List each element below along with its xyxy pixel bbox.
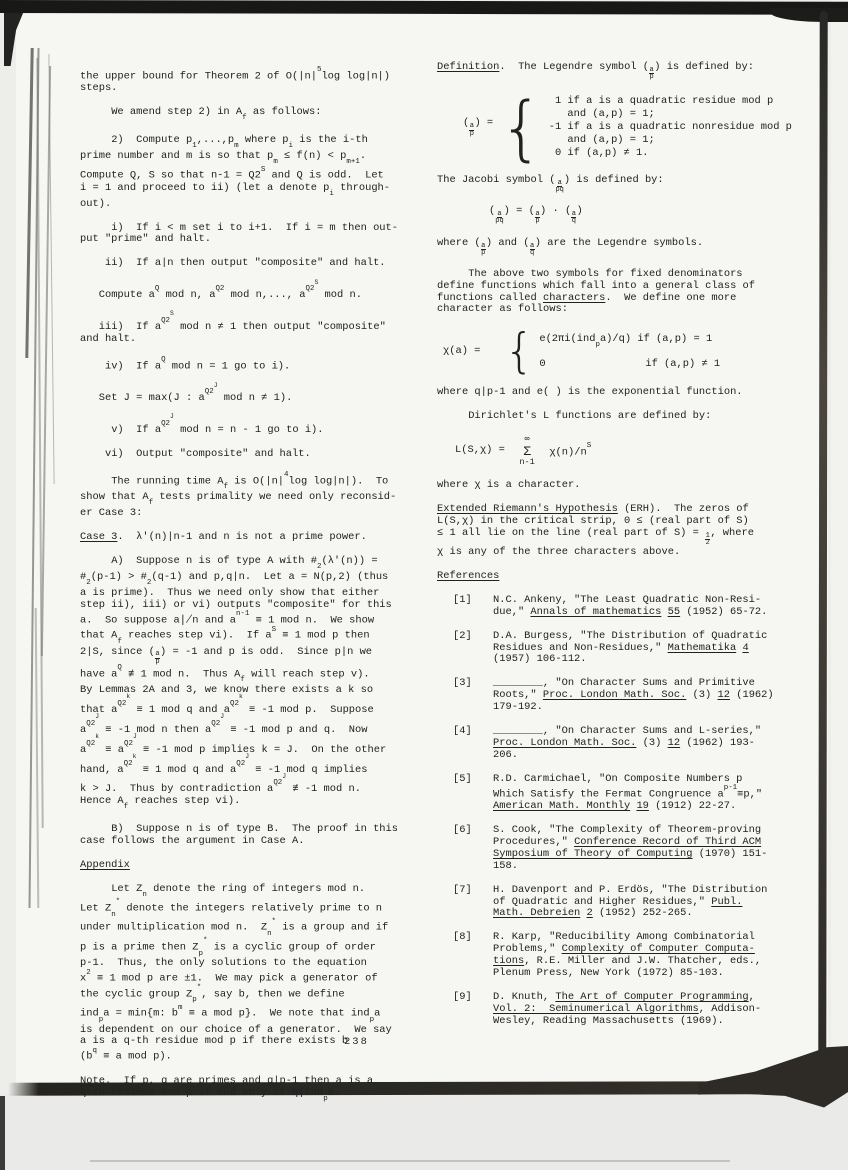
page-edge-right [818,11,827,1063]
stacked-fraction: ap [155,651,160,665]
stacked-fraction: aq [571,211,576,225]
para-amend: We amend step 2) in Af as follows: [80,107,436,123]
characters-paragraph: The above two symbols for fixed denomina… [437,269,809,317]
jacobi-intro: The Jacobi symbol (apq) is defined by: [437,175,809,194]
cases-lhs: χ(a) = [443,346,480,358]
cases-lhs: (ap) = [463,118,493,137]
legendre-symbols-note: where (ap) and (aq) are the Legendre sym… [437,238,809,257]
case-3-part-a: A) Suppose n is of type A with #2(λ'(n))… [80,556,436,812]
reference-label: [5] [453,774,493,813]
definition-heading: Definition. The Legendre symbol (ap) is … [437,62,809,81]
reference-label: [4] [453,726,493,762]
step-iv: iv) If aQ mod n = 1 go to i). [80,358,436,373]
note-paragraph: Note. If p, q are primes and q|p-1 then … [80,1076,436,1104]
case-line: 0 if (a,p) ≠ 1 [539,354,720,375]
reference-label: [7] [453,885,493,921]
character-note: where χ is a character. [437,480,809,492]
reference-text: D. Knuth, The Art of Computer Programmin… [493,992,761,1028]
jacobi-formula: (apq) = (ap) · (aq) [437,206,809,225]
dirichlet-intro: Dirichlet's L functions are defined by: [437,411,809,423]
sum-body: χ(n)/nS [537,444,591,459]
ref-9: [9]D. Knuth, The Art of Computer Program… [437,992,809,1028]
scan-top-bar [0,0,848,15]
stacked-fraction: ap [649,67,654,81]
ref-5: [5]R.D. Carmichael, "On Composite Number… [437,774,809,813]
case-line: and (a,p) = 1; [549,134,792,147]
stacked-fraction: apq [555,180,563,194]
set-j-line: Set J = max(J : aQ2J mod n ≠ 1). [80,385,436,405]
scan-bottom-left-edge [0,1096,5,1170]
step-iii: iii) If aQ2S mod n ≠ 1 then output "comp… [80,314,436,346]
ref-1: [1]N.C. Ankeny, "The Least Quadratic Non… [437,595,809,619]
case-3-heading: Case 3. λ'(n)|n-1 and n is not a prime p… [80,532,436,544]
right-column: Definition. The Legendre symbol (ap) is … [437,62,809,1040]
left-column: the upper bound for Theorem 2 of O(|n|5l… [80,68,436,1116]
scan-bottom-faint-line [90,1160,730,1162]
brace-icon: { [499,93,544,163]
case-line: -1 if a is a quadratic nonresidue mod p [549,121,792,134]
l-function-formula: L(S,χ) = ∞Σn-1 χ(n)/nS [437,435,809,467]
para-running-time: The running time Af is O(|n|4log log|n|)… [80,473,436,520]
references-heading: References [437,571,809,583]
page-number: 238 [344,1036,369,1048]
appendix-heading: Appendix [80,860,436,872]
reference-label: [1] [453,595,493,619]
stacked-fraction: apq [495,211,503,225]
stacked-fraction: aq [530,243,535,257]
step-2: 2) Compute p1,...,pm where pi is the i-t… [80,135,436,210]
step-i: i) If i < m set i to i+1. If i = m then … [80,223,436,247]
case-3-part-b: B) Suppose n is of type B. The proof in … [80,824,436,848]
reference-text: H. Davenport and P. Erdös, "The Distribu… [493,885,767,921]
stacked-fraction: 12 [705,533,710,547]
para-upper-bound: the upper bound for Theorem 2 of O(|n|5l… [80,68,436,95]
step-vi: vi) Output "composite" and halt. [80,449,436,461]
binding-marks [26,48,64,928]
reference-text: R. Karp, "Reducibility Among Combinatori… [493,932,761,980]
brace-icon: { [504,328,534,375]
stacked-fraction: ap [469,123,474,137]
appendix-body: Let Zn denote the ring of integers mod n… [80,884,436,1064]
ref-3: [3]________, "On Character Sums and Prim… [437,678,809,714]
reference-text: ________, "On Character Sums and Primiti… [493,678,774,714]
ref-2: [2]D.A. Burgess, "The Distribution of Qu… [437,631,809,667]
ref-6: [6]S. Cook, "The Complexity of Theorem-p… [437,825,809,873]
reference-label: [9] [453,992,493,1028]
sum-lhs: L(S,χ) = [455,445,517,457]
reference-label: [8] [453,932,493,980]
ref-8: [8]R. Karp, "Reducibility Among Combinat… [437,932,809,980]
reference-text: S. Cook, "The Complexity of Theorem-prov… [493,825,767,873]
chi-note: where q|p-1 and e( ) is the exponential … [437,387,809,399]
ref-7: [7]H. Davenport and P. Erdös, "The Distr… [437,885,809,921]
reference-text: D.A. Burgess, "The Distribution of Quadr… [493,631,767,667]
chi-cases: χ(a) ={e(2πi(indpa)/q) if (a,p) = 10 if … [437,328,809,375]
summation-icon: ∞Σn-1 [519,435,534,467]
stacked-fraction: ap [481,243,486,257]
case-line: e(2πi(indpa)/q) if (a,p) = 1 [539,329,720,354]
step-v: v) If aQ2J mod n = n - 1 go to i). [80,417,436,437]
erh-paragraph: Extended Riemann's Hypothesis (ERH). The… [437,504,809,559]
case-line: 1 if a is a quadratic residue mod p [549,95,792,108]
case-line: 0 if (a,p) ≠ 1. [549,147,792,160]
reference-label: [3] [453,678,493,714]
case-line: and (a,p) = 1; [549,108,792,121]
reference-label: [2] [453,631,493,667]
reference-text: N.C. Ankeny, "The Least Quadratic Non-Re… [493,595,767,619]
scan-right-margin [831,0,848,1170]
reference-label: [6] [453,825,493,873]
step-ii: ii) If a|n then output "composite" and h… [80,258,436,270]
compute-line: Compute aQ mod n, aQ2 mod n,..., aQ2S mo… [80,282,436,302]
ref-4: [4]________, "On Character Sums and L-se… [437,726,809,762]
stacked-fraction: ap [535,211,540,225]
reference-text: ________, "On Character Sums and L-serie… [493,726,761,762]
reference-text: R.D. Carmichael, "On Composite Numbers p… [493,774,762,813]
legendre-cases: (ap) ={ 1 if a is a quadratic residue mo… [437,93,809,163]
